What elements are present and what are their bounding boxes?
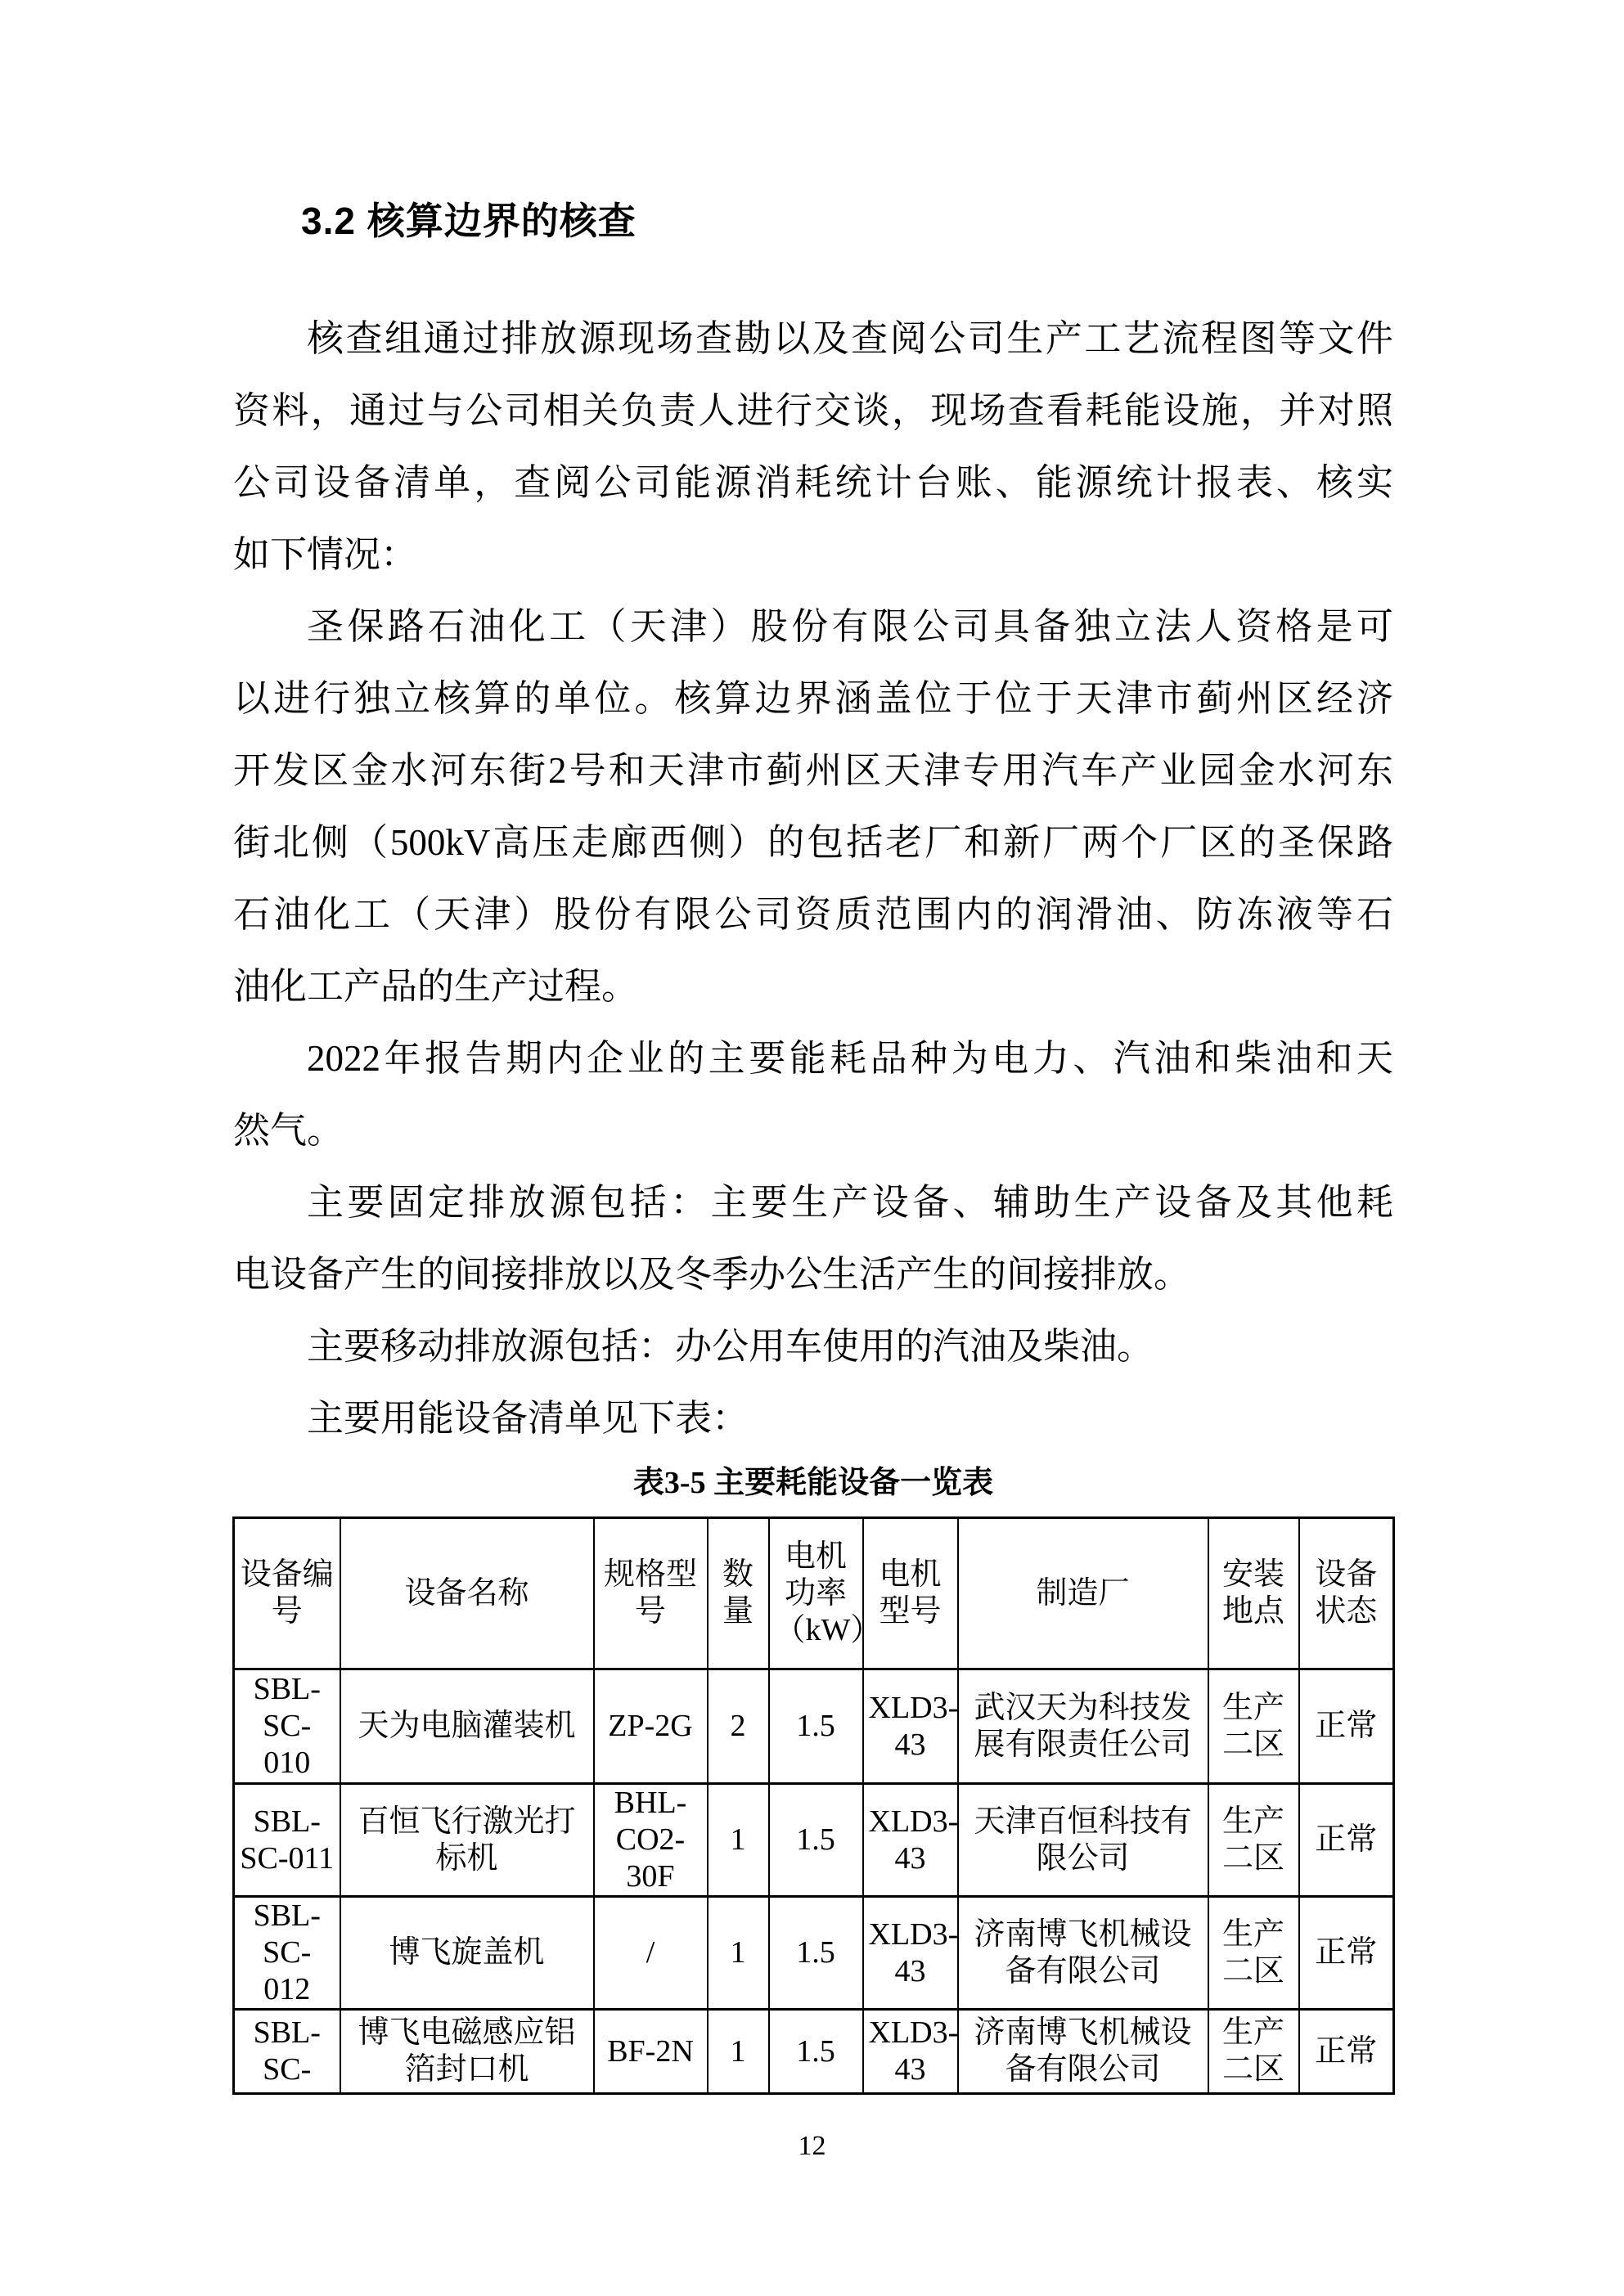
table-header-cell: 规格型号 [594, 1518, 708, 1669]
table-row: SBL-SC-012博飞旋盖机/11.5XLD3-43济南博飞机械设备有限公司生… [234, 1897, 1394, 2010]
table-row: SBL-SC-011百恒飞行激光打标机BHL-CO2-30F11.5XLD3-4… [234, 1784, 1394, 1897]
table-cell: 1 [708, 1897, 769, 2010]
table-cell: 生产二区 [1208, 1784, 1299, 1897]
table-cell: SBL-SC-010 [234, 1669, 340, 1784]
table-cell: XLD3-43 [863, 1669, 958, 1784]
paragraph-line: 电设备产生的间接排放以及冬季办公生活产生的间接排放。 [233, 1238, 1393, 1310]
table-cell: 1.5 [769, 1897, 863, 2010]
table-header-cell: 数量 [708, 1518, 769, 1669]
paragraph-line: 2022年报告期内企业的主要能耗品种为电力、汽油和柴油和天 [233, 1022, 1393, 1094]
paragraph-line: 主要用能设备清单见下表： [233, 1382, 1393, 1454]
table-header-cell: 设备状态 [1299, 1518, 1394, 1669]
table-cell: 济南博飞机械设备有限公司 [958, 2010, 1208, 2094]
paragraph-line: 核查组通过排放源现场查勘以及查阅公司生产工艺流程图等文件 [233, 303, 1393, 375]
paragraph-line: 然气。 [233, 1094, 1393, 1166]
table-header-cell: 制造厂 [958, 1518, 1208, 1669]
table-cell: 生产二区 [1208, 2010, 1299, 2094]
table-cell: SBL-SC-011 [234, 1784, 340, 1897]
table-cell: 正常 [1299, 1897, 1394, 2010]
table-cell: 1.5 [769, 1784, 863, 1897]
table-row: SBL-SC-博飞电磁感应铝箔封口机BF-2N11.5XLD3-43济南博飞机械… [234, 2010, 1394, 2094]
table-cell: 正常 [1299, 1669, 1394, 1784]
table-body: SBL-SC-010天为电脑灌装机ZP-2G21.5XLD3-43武汉天为科技发… [234, 1669, 1394, 2094]
paragraph-line: 公司设备清单，查阅公司能源消耗统计台账、能源统计报表、核实 [233, 447, 1393, 519]
table-cell: 武汉天为科技发展有限责任公司 [958, 1669, 1208, 1784]
table-cell: 正常 [1299, 1784, 1394, 1897]
table-cell: 天津百恒科技有限公司 [958, 1784, 1208, 1897]
table-cell: SBL-SC- [234, 2010, 340, 2094]
table-cell: 生产二区 [1208, 1669, 1299, 1784]
table-cell: 1.5 [769, 1669, 863, 1784]
section-heading: 3.2 核算边界的核查 [301, 196, 1624, 245]
table-cell: 生产二区 [1208, 1897, 1299, 2010]
table-row: SBL-SC-010天为电脑灌装机ZP-2G21.5XLD3-43武汉天为科技发… [234, 1669, 1394, 1784]
table-cell: 1 [708, 1784, 769, 1897]
paragraph-line: 主要固定排放源包括：主要生产设备、辅助生产设备及其他耗 [233, 1166, 1393, 1238]
table-header-cell: 电机型号 [863, 1518, 958, 1669]
table-cell: 博飞电磁感应铝箔封口机 [340, 2010, 594, 2094]
table-cell: SBL-SC-012 [234, 1897, 340, 2010]
paragraph-line: 以进行独立核算的单位。核算边界涵盖位于位于天津市蓟州区经济 [233, 663, 1393, 735]
table-cell: 百恒飞行激光打标机 [340, 1784, 594, 1897]
table-header-cell: 设备名称 [340, 1518, 594, 1669]
table-caption: 表3-5 主要耗能设备一览表 [233, 1461, 1393, 1505]
energy-equipment-table: 设备编号设备名称规格型号数量电机功率（kW）电机型号制造厂安装地点设备状态 SB… [232, 1516, 1395, 2095]
table-cell: 博飞旋盖机 [340, 1897, 594, 2010]
paragraph-line: 资料，通过与公司相关负责人进行交谈，现场查看耗能设施，并对照 [233, 375, 1393, 447]
page-number: 12 [0, 2130, 1624, 2163]
paragraph-line: 石油化工（天津）股份有限公司资质范围内的润滑油、防冻液等石 [233, 878, 1393, 950]
table-header-cell: 设备编号 [234, 1518, 340, 1669]
table-header-row: 设备编号设备名称规格型号数量电机功率（kW）电机型号制造厂安装地点设备状态 [234, 1518, 1394, 1669]
table-cell: 天为电脑灌装机 [340, 1669, 594, 1784]
paragraph-line: 如下情况： [233, 519, 1393, 591]
table-cell: XLD3-43 [863, 1897, 958, 2010]
table-cell: 2 [708, 1669, 769, 1784]
table-header-cell: 电机功率（kW） [769, 1518, 863, 1669]
table-cell: 1 [708, 2010, 769, 2094]
paragraph-line: 街北侧（500kV高压走廊西侧）的包括老厂和新厂两个厂区的圣保路 [233, 807, 1393, 878]
table-cell: 1.5 [769, 2010, 863, 2094]
table-cell: XLD3-43 [863, 1784, 958, 1897]
table-cell: XLD3-43 [863, 2010, 958, 2094]
paragraph-line: 油化工产品的生产过程。 [233, 950, 1393, 1022]
paragraphs: 核查组通过排放源现场查勘以及查阅公司生产工艺流程图等文件资料，通过与公司相关负责… [233, 303, 1393, 1454]
table-header-cell: 安装地点 [1208, 1518, 1299, 1669]
table-cell: ZP-2G [594, 1669, 708, 1784]
paragraph-line: 圣保路石油化工（天津）股份有限公司具备独立法人资格是可 [233, 591, 1393, 663]
paragraph-line: 开发区金水河东街2号和天津市蓟州区天津专用汽车产业园金水河东 [233, 735, 1393, 807]
document-page: 3.2 核算边界的核查 核查组通过排放源现场查勘以及查阅公司生产工艺流程图等文件… [0, 0, 1624, 2296]
table-cell: / [594, 1897, 708, 2010]
table-cell: BHL-CO2-30F [594, 1784, 708, 1897]
table-cell: 济南博飞机械设备有限公司 [958, 1897, 1208, 2010]
paragraph-line: 主要移动排放源包括：办公用车使用的汽油及柴油。 [233, 1310, 1393, 1382]
table-cell: BF-2N [594, 2010, 708, 2094]
table-cell: 正常 [1299, 2010, 1394, 2094]
